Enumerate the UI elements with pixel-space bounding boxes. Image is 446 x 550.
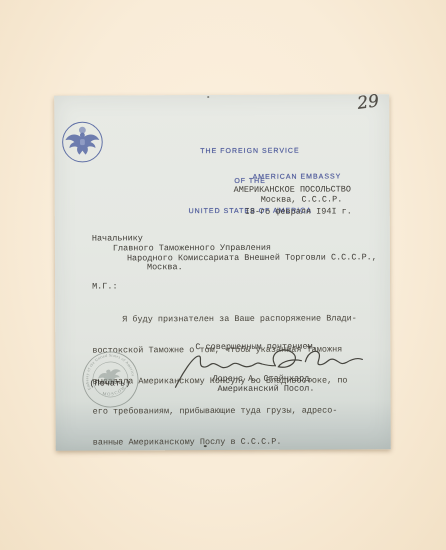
letter-date: I8-го февраля I94I г.: [245, 206, 352, 217]
letterhead: THE FOREIGN SERVICE OF THE UNITED STATES…: [142, 126, 357, 237]
handwritten-page-number: 29: [356, 91, 380, 114]
body-line: Я буду признателен за Ваше распоряжение …: [92, 314, 357, 325]
recipient-line: Начальнику: [92, 233, 143, 243]
letterhead-line: THE FOREIGN SERVICE: [142, 146, 357, 157]
salutation: М.Г.:: [92, 281, 118, 291]
embassy-city: Москва, С.С.С.Р.: [261, 194, 343, 205]
embassy-name-en: AMERICAN EMBASSY: [253, 173, 342, 180]
paper-speck: [204, 445, 207, 447]
photographed-letter-scene: 29 THE FOREIGN SERVICE OF THE UNITED STA…: [0, 0, 446, 550]
us-great-seal-icon: [61, 121, 103, 164]
signatory-title: Американский Посол.: [217, 384, 314, 395]
stamp-overlay-label: (Печать): [89, 378, 130, 388]
body-line: его требованиям, прибывающие туда грузы,…: [93, 406, 358, 417]
body-line: ванные Американскому Послу в С.С.С.Р.: [93, 436, 358, 447]
letter-paper: 29 THE FOREIGN SERVICE OF THE UNITED STA…: [54, 94, 391, 450]
recipient-line: Москва.: [147, 262, 183, 272]
paper-speck: [207, 96, 209, 98]
signatory-name: Лоренс А. Стайнхард,: [212, 374, 314, 385]
